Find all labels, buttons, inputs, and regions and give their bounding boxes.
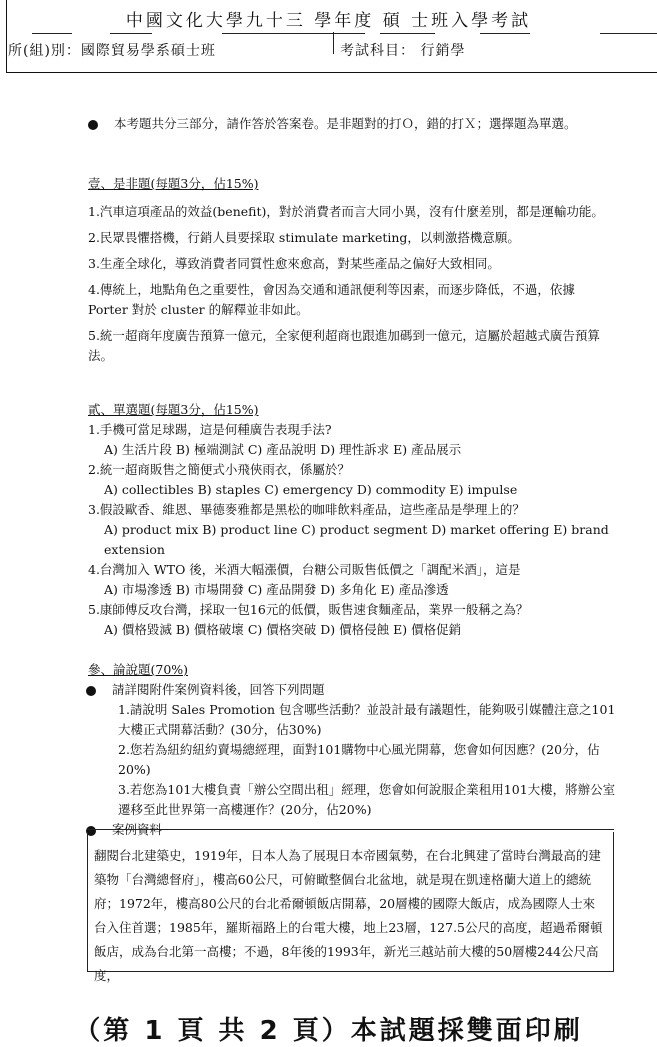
divider <box>32 33 72 34</box>
bullet-icon <box>86 686 96 696</box>
case-text: 翻閱台北建築史，1919年，日本人為了展現日本帝國氣勢，在台北興建了當時台灣最高… <box>94 832 607 988</box>
tf-question: 2.民眾畏懼搭機，行銷人員要採取 stimulate marketing，以刺激… <box>88 228 617 248</box>
exam-title: 中國文化大學九十三 學年度 碩 士班入學考試 <box>0 6 657 31</box>
mc-question: 3.假設歐香、維恩、畢德麥雅都是黑松的咖啡飲料產品，這些產品是學理上的？ <box>88 500 617 520</box>
section-title: 參、論說題(70%) <box>88 660 617 680</box>
mc-options: A) 市場滲透 B) 市場開發 C) 產品開發 D) 多角化 E) 產品滲透 <box>88 580 617 600</box>
tf-question: 3.生產全球化，導致消費者同質性愈來愈高，對某些產品之偏好大致相同。 <box>88 254 617 274</box>
department-label: 所(組)別：國際貿易學系碩士班 <box>8 40 216 60</box>
section-true-false: 壹、是非題(每題3分，佔15%) 1.汽車這項產品的效益(benefit)，對於… <box>88 174 617 366</box>
tf-question: 1.汽車這項產品的效益(benefit)，對於消費者而言大同小異，沒有什麼差別，… <box>88 202 617 222</box>
essay-question: 1.請說明 Sales Promotion 包含哪些活動？並設計最有議題性，能夠… <box>88 700 617 740</box>
divider <box>480 33 530 34</box>
mc-question: 2.統一超商販售之簡便式小飛俠雨衣，係屬於？ <box>88 460 617 480</box>
divider <box>380 33 435 34</box>
section-multiple-choice: 貳、單選題(每題3分，佔15%) 1.手機可當足球踢，這是何種廣告表現手法? A… <box>88 400 617 640</box>
tf-question: 5.統一超商年度廣告預算一億元，全家便利超商也跟進加碼到一億元，這屬於超越式廣告… <box>88 326 617 366</box>
mc-options: A) collectibles B) staples C) emergency … <box>88 480 617 500</box>
page-footer: （第 1 頁 共 2 頁）本試題採雙面印刷 <box>0 1010 657 1047</box>
essay-lead: 請詳閱附件案例資料後，回答下列問題 <box>112 682 325 697</box>
section-title: 貳、單選題(每題3分，佔15%) <box>88 400 617 420</box>
bullet-icon <box>88 120 98 130</box>
mc-question: 1.手機可當足球踢，這是何種廣告表現手法? <box>88 420 617 440</box>
divider <box>110 33 152 34</box>
essay-question: 2.您若為紐約紐約賣場總經理，面對101購物中心風光開幕，您會如何因應？(20分… <box>88 740 617 780</box>
instructions-text: 本考題共分三部分，請作答於答案卷。是非題對的打Ｏ，錯的打Ｘ；選擇題為單選。 <box>114 114 594 134</box>
section-title: 壹、是非題(每題3分，佔15%) <box>88 174 617 194</box>
instructions: 本考題共分三部分，請作答於答案卷。是非題對的打Ｏ，錯的打Ｘ；選擇題為單選。 <box>88 114 617 134</box>
essay-question: 3.若您為101大樓負責「辦公空間出租」經理，您會如何說服企業租用101大樓，將… <box>88 780 617 820</box>
mc-options: A) product mix B) product line C) produc… <box>88 520 617 560</box>
mc-options: A) 生活片段 B) 極端測試 C) 產品說明 D) 理性訴求 E) 產品展示 <box>88 440 617 460</box>
tf-question: 4.傳統上，地點角色之重要性，會因為交通和通訊便利等因素，而逐步降低，不過，依據… <box>88 280 617 320</box>
case-box-top <box>87 829 614 830</box>
divider <box>600 33 657 34</box>
mc-options: A) 價格毀滅 B) 價格破壞 C) 價格突破 D) 價格侵蝕 E) 價格促銷 <box>88 620 617 640</box>
mc-question: 5.康師傅反攻台灣，採取一包16元的低價，販售速食麵產品，業界一般稱之為？ <box>88 600 617 620</box>
header-separator <box>333 32 334 54</box>
section-essay: 參、論說題(70%) 請詳閱附件案例資料後，回答下列問題 1.請說明 Sales… <box>88 660 617 840</box>
subject-label: 考試科目： 行銷學 <box>340 40 465 60</box>
mc-question: 4.台灣加入 WTO 後，米酒大幅漲價，台糖公司販售低價之「調配米酒」，這是 <box>88 560 617 580</box>
case-box: 翻閱台北建築史，1919年，日本人為了展現日本帝國氣勢，在台北興建了當時台灣最高… <box>87 832 614 972</box>
